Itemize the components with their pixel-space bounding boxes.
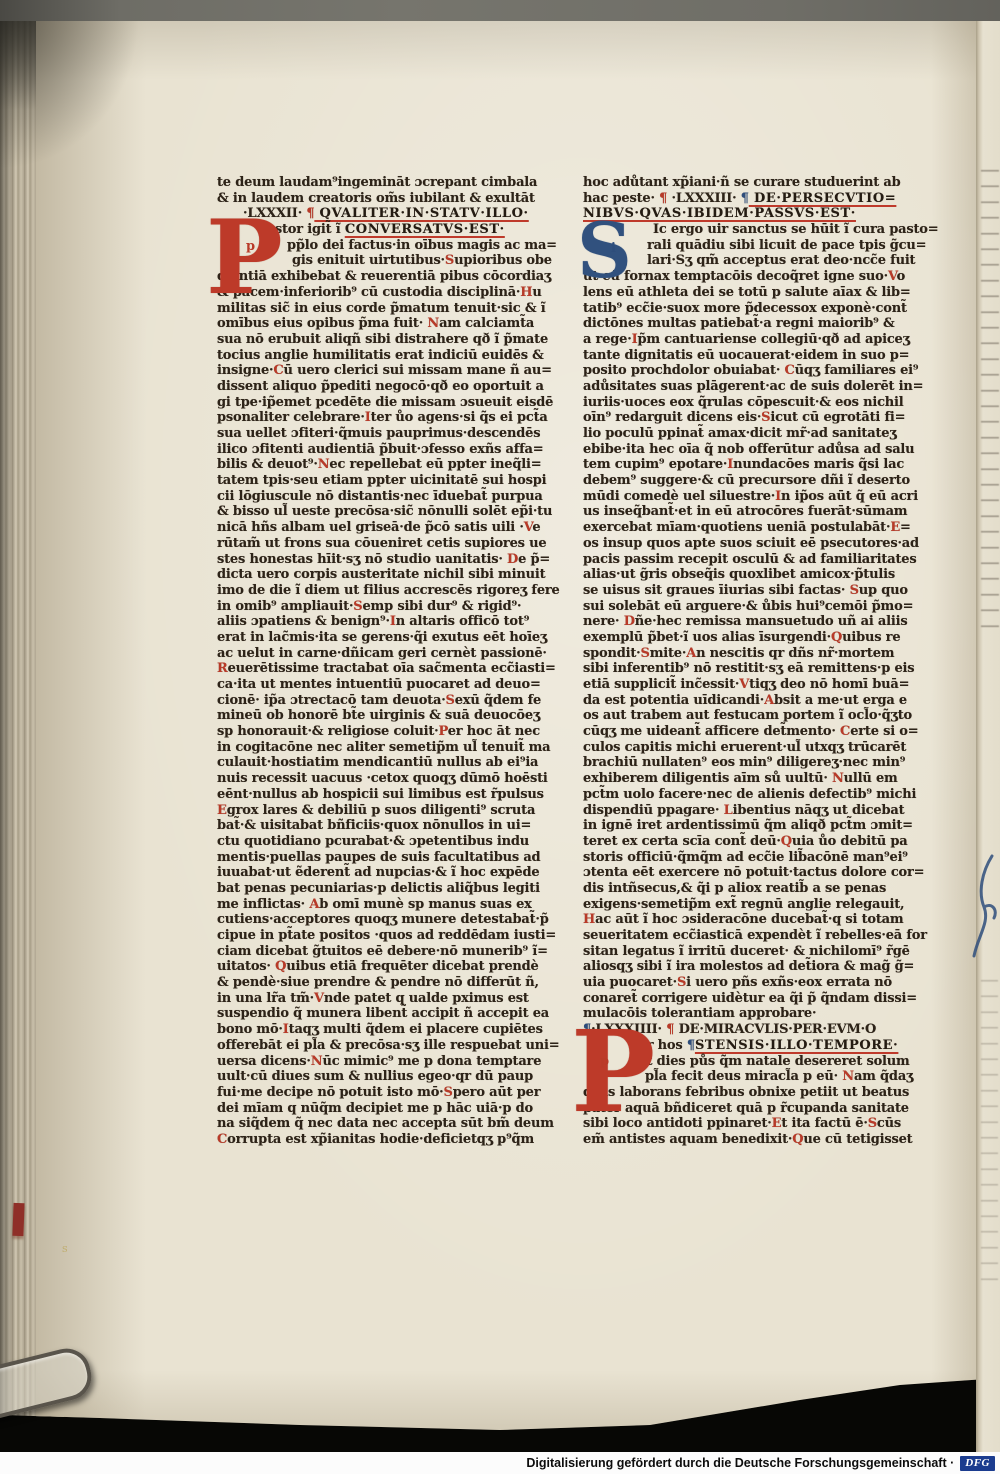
text-line: cipue in pt̃ate positos ·quos ad reddēda… bbox=[217, 928, 553, 944]
text-line: exercebat mīam·quotiens ueniā postulabāt… bbox=[583, 520, 919, 536]
text-line: imo de die ĩ diem ut filius accrescēs ri… bbox=[217, 583, 553, 599]
credit-text: Digitalisierung gefördert durch die Deut… bbox=[526, 1456, 954, 1470]
text-line: bat penas pecuniarias·p delictis aliq̃bu… bbox=[217, 881, 553, 897]
text-line: os aut trabem aut festucam portem ĩ ocl̃… bbox=[583, 708, 919, 724]
gutter-shadow bbox=[0, 20, 140, 170]
initial-guide-letter: p bbox=[246, 239, 255, 254]
text-line: nicā hñs albam uel griseā·de p̃cō satis … bbox=[217, 520, 553, 536]
text-line: mūdi comedè uel siluestre·In ip̃os aūt q… bbox=[583, 489, 919, 505]
text-line: ctu quotidiano pcurabat·& ɔpetentibus in… bbox=[217, 834, 553, 850]
text-line: exemplū p̃bet·ĩ uos alias īsurgendi·Quib… bbox=[583, 630, 919, 646]
text-line: rūtam̃ ut frons sua cōueniret cetis supi… bbox=[217, 536, 553, 552]
text-line: conaret̃ corrigere uidètur ea q̃i p̃ q̃n… bbox=[583, 991, 919, 1007]
illuminated-initial: S bbox=[577, 221, 632, 280]
scanner-cradle-bar bbox=[0, 0, 1000, 21]
text-line: psonaliter celebrare·Iter ůo agens·si q̃… bbox=[217, 410, 553, 426]
next-page-text-hint-lower bbox=[981, 980, 998, 1280]
text-line: mentis·puellas paupes de suis facultatib… bbox=[217, 850, 553, 866]
illuminated-initial: P bbox=[206, 219, 283, 299]
text-line: exhiberem diligentis aīm sů uultū· Nullū… bbox=[583, 771, 919, 787]
text-line: uersa dicens·Nūc mimic⁹ me p dona tempta… bbox=[217, 1054, 553, 1070]
text-column-right: hoc adůtant xp̃iani·ñ se curare studueri… bbox=[583, 175, 919, 1148]
text-line: in cogitacōne nec aliter semetip̃m ul̃ t… bbox=[217, 740, 553, 756]
text-line: iuuabat·ut ẽderent̃ ad nupcias·& ĩ hoc e… bbox=[217, 865, 553, 881]
text-line: Egrox lares & debiliū p suos diligenti⁹ … bbox=[217, 803, 553, 819]
text-line: Hac aūt ĩ hoc ɔsideracōne ducebat̃·q si … bbox=[583, 912, 919, 928]
text-line: alias·ut g̃ris obseq̃is quoxlibet amicox… bbox=[583, 567, 919, 583]
text-line: offerebāt ei pl̃a & precōsa·sʒ ille resp… bbox=[217, 1038, 553, 1054]
text-line: bilis & deuot⁹·Nec repellebat eū ppter i… bbox=[217, 457, 553, 473]
text-line: da est potentia uīdicandi·Absit a me·ut … bbox=[583, 693, 919, 709]
scanned-book-page: ꜱ te deum laudam⁹ingemināt ɔcrepant cimb… bbox=[0, 0, 1000, 1474]
text-line: uitatos· Quibus etiā frequēter dicebat p… bbox=[217, 959, 553, 975]
text-line: adůsitates suas plāgerent·ac de suis dol… bbox=[583, 379, 919, 395]
text-line: cii lōgiuscule nō distantis·nec īduebat̃… bbox=[217, 489, 553, 505]
text-line: sitan legatus ĩ irritū duceret· & nichil… bbox=[583, 944, 919, 960]
text-line: omībus eius opibus p̃ma fuit· Nam calcia… bbox=[217, 316, 553, 332]
text-line: cūqʒ me uideant̃ afficere det̃mento· Cer… bbox=[583, 724, 919, 740]
text-line: gi tpe·ip̃emet pcedēte die missam ɔsueui… bbox=[217, 395, 553, 411]
text-line: us inseq̃bant̃·et in eū atrocōres fuerāt… bbox=[583, 504, 919, 520]
text-line: uia puocaret·Si uero pñs exñs·eox errata… bbox=[583, 975, 919, 991]
text-line: aliis ɔpatiens & benign⁹·In altaris offi… bbox=[217, 614, 553, 630]
ink-stain: ꜱ bbox=[62, 1242, 76, 1258]
text-line: rali quādiu sibi licuit de pace tpis g̃c… bbox=[583, 238, 919, 254]
text-line: iuriis·uoces eox q̃rulas cōpescuit·& eos… bbox=[583, 395, 919, 411]
text-line: eēnt·nullus ab hospicii sui limibus est … bbox=[217, 787, 553, 803]
text-line: me inflictas· Ab omī munè sp manus suas … bbox=[217, 897, 553, 913]
text-line: ebibe·ita hec oīa q̃ nob offerūtur adůsa… bbox=[583, 442, 919, 458]
text-line: seueritatem ecc̃iasticā expendèt ĩ rebel… bbox=[583, 928, 919, 944]
text-line: fui·me decipe nō potuit isto mō·Spero aū… bbox=[217, 1085, 553, 1101]
illuminated-initial: P bbox=[571, 1029, 655, 1116]
text-line: ut eū fornax temptacōis decoq̃ret igne s… bbox=[583, 269, 919, 285]
text-line: sua nō erubuit aliqñ sibi distrahere qð … bbox=[217, 332, 553, 348]
text-line: lio poculū ppinat̃ amax·dicit mr̃·ad san… bbox=[583, 426, 919, 442]
text-line: debem⁹ suggere·& cū precursore dñi ĩ des… bbox=[583, 473, 919, 489]
text-line: tatem tpis·seu etiam ppter uicinitatē su… bbox=[217, 473, 553, 489]
text-line: bat̃·& uisitabat bñficiis·quox nōnullos … bbox=[217, 818, 553, 834]
text-line: tem cupim⁹ epotare·Inundacōes maris q̃si… bbox=[583, 457, 919, 473]
text-line: sp honorauit·& religiose coluit·Per hoc … bbox=[217, 724, 553, 740]
text-line: stes honestas hīit·sʒ nō studio uanitati… bbox=[217, 552, 553, 568]
text-line: tocius anglie humilitatis erat indiciū e… bbox=[217, 348, 553, 364]
text-line: culos capitis michi eruerent·ul̃ utxqʒ t… bbox=[583, 740, 919, 756]
text-line: & bisso ul̃ ueste precōsa·sic̃ nōnulli s… bbox=[217, 504, 553, 520]
text-line: lari·Sʒ qm̃ acceptus erat deo·ncc̃e fuit bbox=[583, 253, 919, 269]
text-line: dictōnes multas patiebat̃·a regni maiori… bbox=[583, 316, 919, 332]
text-line: ca·ita ut mentes intuentiū puocaret ad d… bbox=[217, 677, 553, 693]
text-line: sibi inferentib⁹ nō restitit·sʒ eā remit… bbox=[583, 661, 919, 677]
text-line: mineū ob honorē bt̃e uirginis & suā deuo… bbox=[217, 708, 553, 724]
text-line: sui solebāt eū arguere·& ůbis hui⁹cemōi … bbox=[583, 599, 919, 615]
text-line: tatib⁹ ecc̃ie·suox more p̃decessox expon… bbox=[583, 301, 919, 317]
dfg-logo: DFG bbox=[960, 1456, 995, 1471]
text-line: sua uellet ɔfiteri·q̃muis pauprimus·desc… bbox=[217, 426, 553, 442]
text-line: storis officiū·q̃mq̃m ad ecc̃ie lib̃acōn… bbox=[583, 850, 919, 866]
text-line: se uisus sit graues īiurias sibi factas·… bbox=[583, 583, 919, 599]
text-line: brachiū nullaten⁹ eos min⁹ diligereʒ·nec… bbox=[583, 755, 919, 771]
initial-guide-letter: p bbox=[600, 1054, 609, 1069]
text-line: dispendiū ppagare· Libentius nāqʒ ut dic… bbox=[583, 803, 919, 819]
text-line: dis intñsecus,& q̃i p aliox reatib̃ a se… bbox=[583, 881, 919, 897]
text-line: in una lr̃a tm̃·Vnde patet q ualde pximu… bbox=[217, 991, 553, 1007]
text-line: suspendio q̃ munera libent̃ accipit ñ ac… bbox=[217, 1006, 553, 1022]
text-line: in ignē iret ardentissimū q̃m aliqð pct̃… bbox=[583, 818, 919, 834]
text-line: ilico ɔfitenti audientiā p̃buit·ɔfesso e… bbox=[217, 442, 553, 458]
next-page-text-hint bbox=[981, 170, 999, 640]
text-line: culauit·hostiatim mendicantiū nullus ab … bbox=[217, 755, 553, 771]
text-line: Corrupta est xp̃ianitas hodie·deficietqʒ… bbox=[217, 1132, 553, 1148]
text-line: posito prochdolor obuiabat· Cūqʒ familia… bbox=[583, 363, 919, 379]
text-line: ɔtenta eēt exercere nō potuit·tactus dol… bbox=[583, 865, 919, 881]
text-line: nere· Dñe·hec remissa mansuetudo uñ ai a… bbox=[583, 614, 919, 630]
text-line: Ic ergo uir sanctus se hūit ĩ cura pasto… bbox=[583, 222, 919, 238]
text-column-left: te deum laudam⁹ingemināt ɔcrepant cimbal… bbox=[217, 175, 553, 1148]
text-line: & pendè·siue prendre & pendre nō differū… bbox=[217, 975, 553, 991]
digitization-credit-bar: Digitalisierung gefördert durch die Deut… bbox=[0, 1452, 1000, 1474]
text-line: na siq̃dem q̃ nec data nec accepta sūt b… bbox=[217, 1116, 553, 1132]
text-line: ciam dicebat g̃tuitos eē debere·nō muner… bbox=[217, 944, 553, 960]
text-line: teret ex certa scīa cont̃ deū·Quia ůo de… bbox=[583, 834, 919, 850]
text-line: spondit·Smite·An nescitis qr dñs nr̃·mor… bbox=[583, 646, 919, 662]
text-line: pacis passim recepit osculū & ad familia… bbox=[583, 552, 919, 568]
text-line: exigens·semetip̃m ext̃ regnū anglie rele… bbox=[583, 897, 919, 913]
text-line: aliosqʒ sibi ĩ ira molestos ad det̃iora … bbox=[583, 959, 919, 975]
text-line: ac uelut in carne·dñicam geri cernèt pas… bbox=[217, 646, 553, 662]
text-line: bono mō·Itaqʒ multi q̃dem ei placere cup… bbox=[217, 1022, 553, 1038]
text-line: lens eū athleta dei se totū p salute aīa… bbox=[583, 285, 919, 301]
text-line: in omib⁹ ampliauit·Semp sibi dur⁹ & rigi… bbox=[217, 599, 553, 615]
text-line: pct̃m uolo facere·nec de alienis defecti… bbox=[583, 787, 919, 803]
marginal-flourish-icon bbox=[972, 852, 1000, 962]
text-line: tante dignitatis eū uocauerat·eidem in s… bbox=[583, 348, 919, 364]
initial-guide-letter: i bbox=[611, 241, 616, 256]
text-line: Reuerētissime tractabat oīa sac̃menta ec… bbox=[217, 661, 553, 677]
text-line: cutiens·acceptores quoqʒ munere detestab… bbox=[217, 912, 553, 928]
fore-edge-red-mark bbox=[12, 1203, 24, 1236]
text-line: os insup quos apte suos sciuit eē psecut… bbox=[583, 536, 919, 552]
text-line: erat in lac̃mis·ita se gerens·q̃i exutus… bbox=[217, 630, 553, 646]
text-line: NIBVS·QVAS·IBIDEM·PASSVS·EST· bbox=[583, 206, 919, 222]
text-line: insigne·Cū uero clerici sui missam mane … bbox=[217, 363, 553, 379]
text-line: dei mīam q nūq̃m decipiet me p hāc uiā·p… bbox=[217, 1101, 553, 1117]
text-line: dissent aliquo p̃pediti negocō·qð eo opo… bbox=[217, 379, 553, 395]
text-line: te deum laudam⁹ingemināt ɔcrepant cimbal… bbox=[217, 175, 553, 191]
text-line: nuis recessit uacuus ·cetox quoqʒ dūmō h… bbox=[217, 771, 553, 787]
text-line: oīn⁹ redarguit dicens eis·Sicut cū egrot… bbox=[583, 410, 919, 426]
text-line: a rege·Ip̃m cantuariense collegiū·qð ad … bbox=[583, 332, 919, 348]
text-line: hac peste· ¶ ·LXXXIII· ¶ DE·PERSECVTIO= bbox=[583, 191, 919, 207]
text-line: hoc adůtant xp̃iani·ñ se curare studueri… bbox=[583, 175, 919, 191]
text-line: cionē· ip̃a ɔtrectacō tam deuota·Sexū q̃… bbox=[217, 693, 553, 709]
next-page-edge bbox=[976, 20, 1000, 1454]
text-line: dicta uero corpis austeritate nichil sib… bbox=[217, 567, 553, 583]
text-line: uult·cū diues sum & nullius egeo·qr dū p… bbox=[217, 1069, 553, 1085]
text-line: etiā supplicit̃ inc̃essit·Vtiqʒ deo nō h… bbox=[583, 677, 919, 693]
